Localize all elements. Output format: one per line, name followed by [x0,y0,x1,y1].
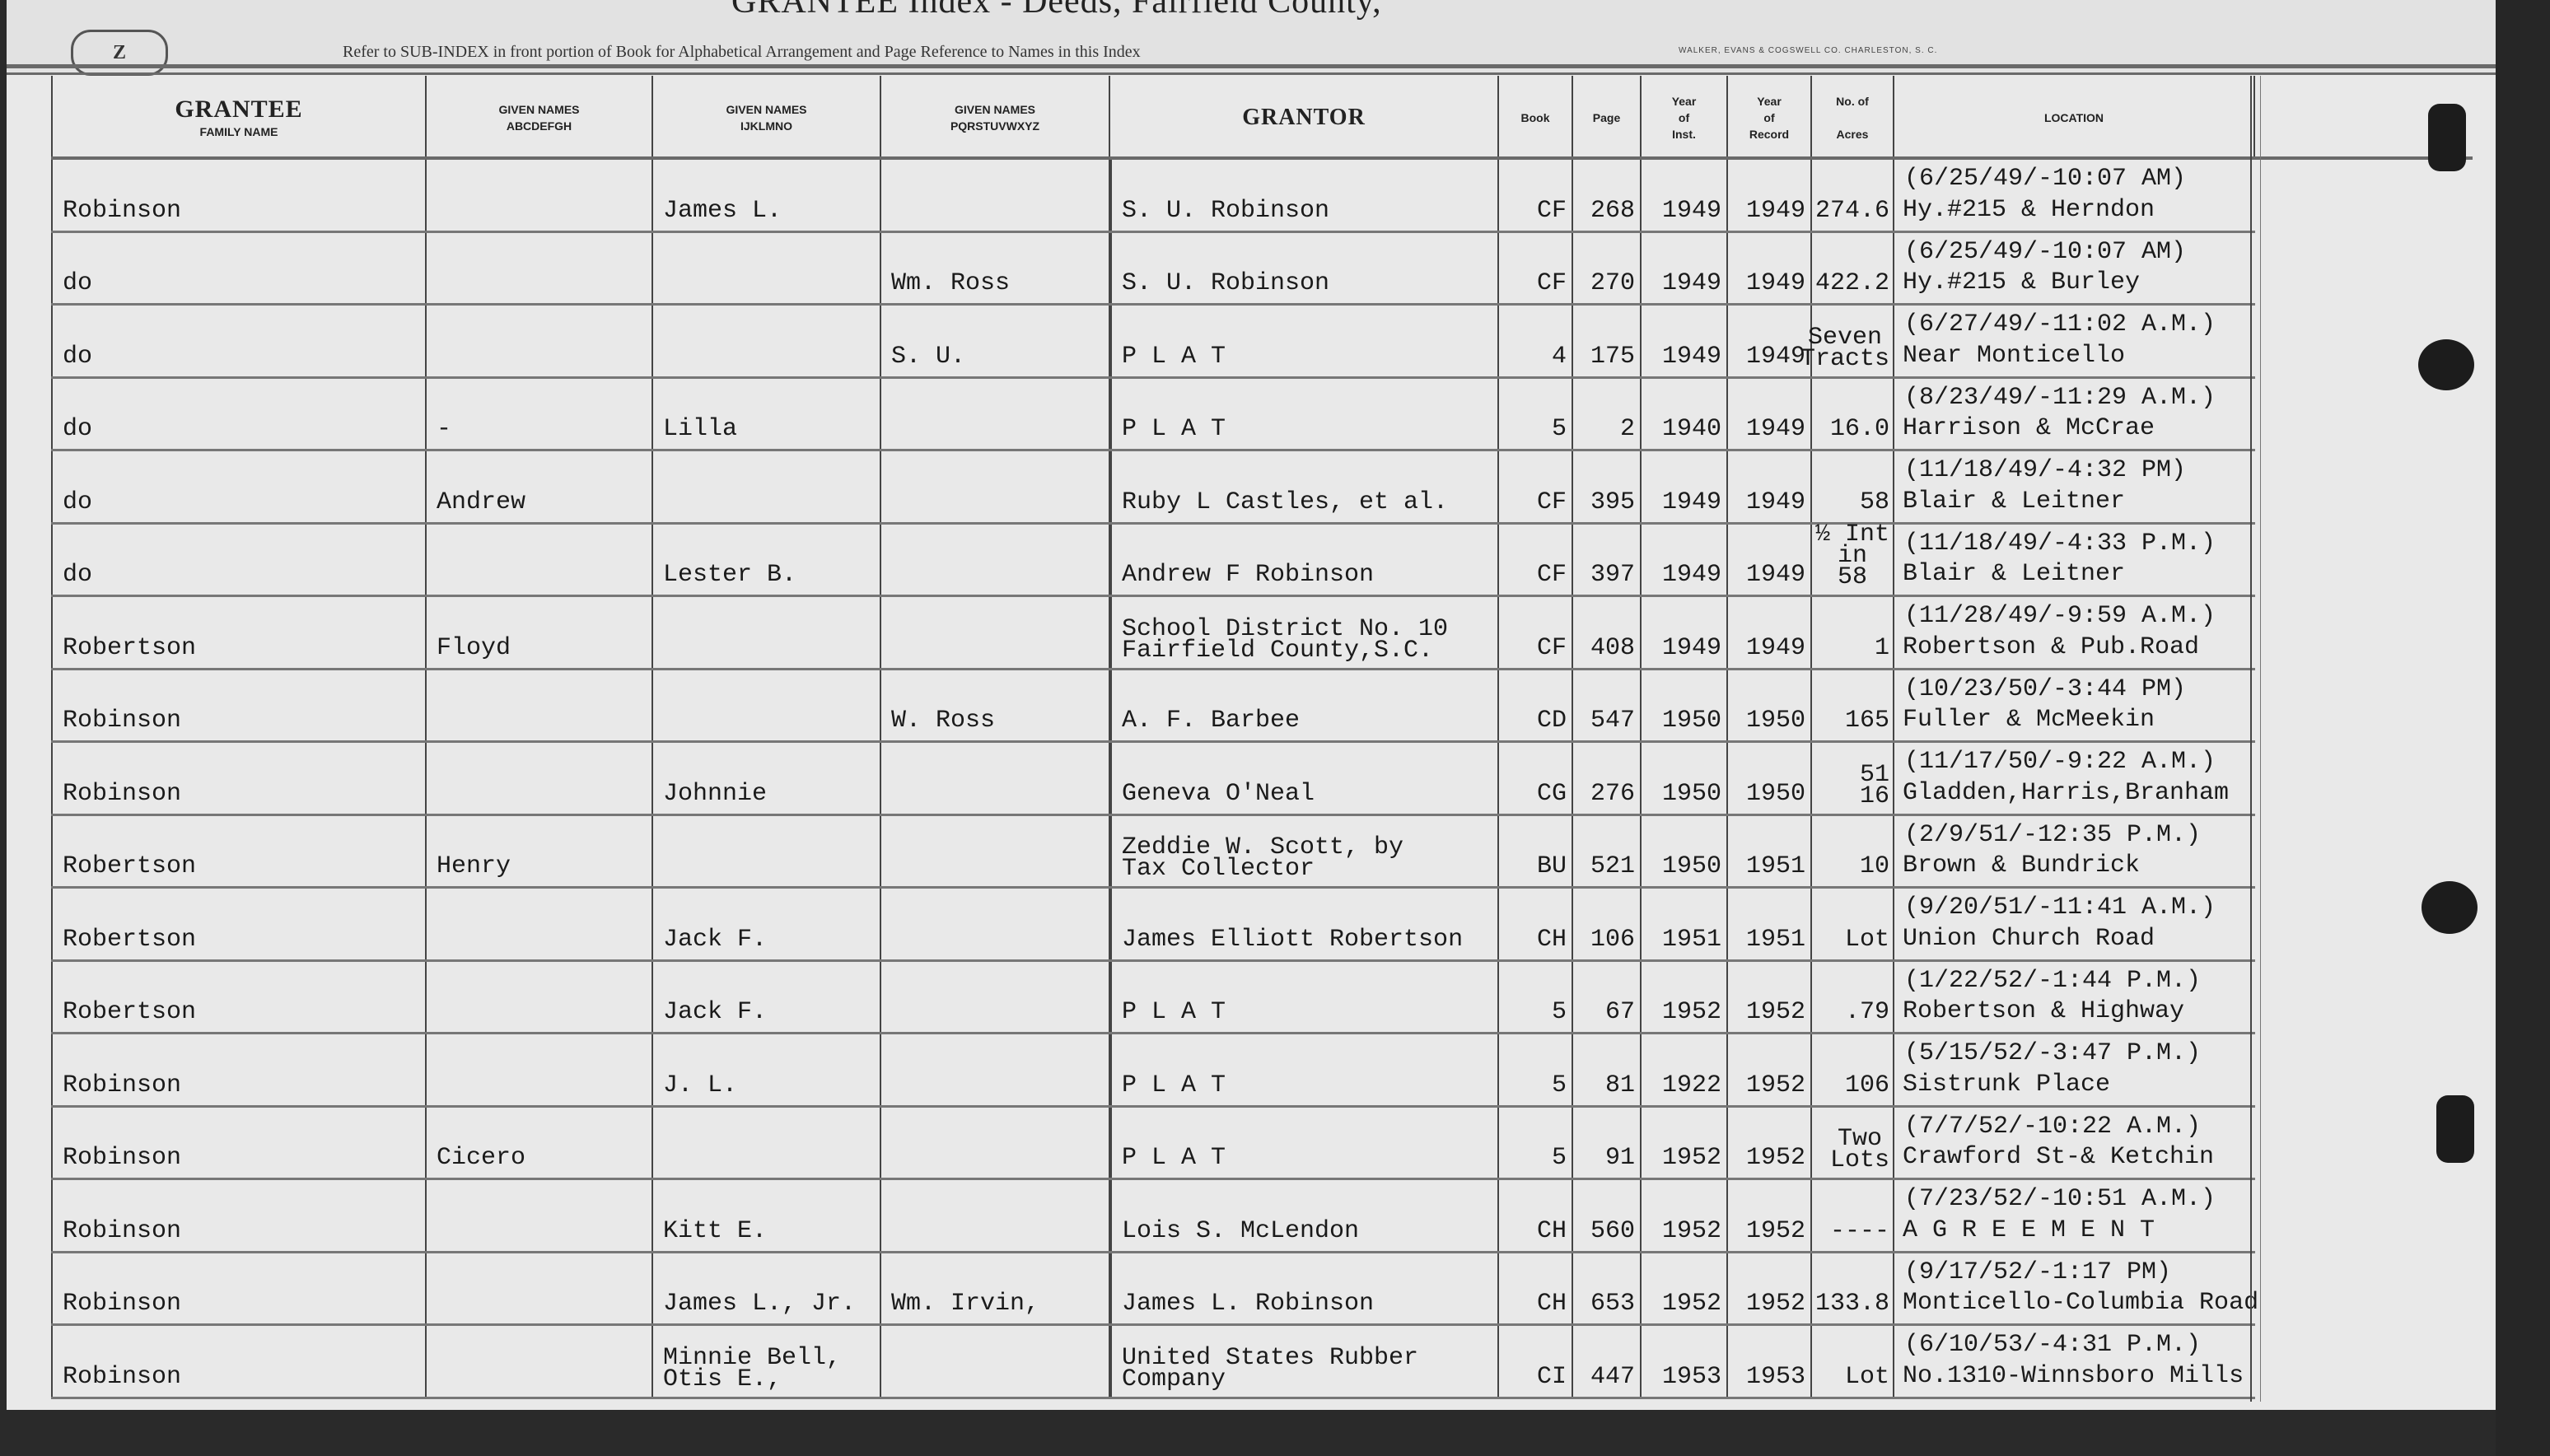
ledger-row: Robertson Jack F. P L A T 5 67 1952 1952… [51,962,2255,1035]
acres-value: Lot [1845,1364,1889,1390]
cell-given-i [653,233,881,304]
cell-page: 276 [1573,743,1642,814]
acres-value: 51 16 [1860,764,1889,807]
location-description: No.1310-Winnsboro Mills [1903,1362,2244,1390]
year-record-value: 1949 [1746,562,1805,588]
ledger-row: do Wm. Ross S. U. Robinson CF 270 1949 1… [51,233,2255,306]
cell-grantor: School District No. 10 Fairfield County,… [1110,597,1499,668]
col-header-given-p-subtitle: PQRSTUVWXYZ [950,118,1039,134]
grantor-name: James L. Robinson [1122,1290,1374,1317]
cell-book: CH [1499,889,1573,959]
book-value: CF [1537,562,1567,588]
cell-given-a: Floyd [427,597,653,668]
cell-given-i: Lilla [653,379,881,450]
cell-book: CF [1499,525,1573,595]
cell-page: 560 [1573,1180,1642,1251]
cell-acres: Seven Tracts [1812,306,1894,376]
year-inst-value: 1949 [1662,562,1721,588]
cell-given-p [881,1034,1110,1105]
cell-book: CG [1499,743,1573,814]
cell-given-a: Andrew [427,451,653,522]
cell-year-inst: 1952 [1642,962,1728,1033]
col-header-given-a-title: GIVEN NAMES [498,101,579,118]
recording-timestamp: (1/22/52/-1:44 P.M.) [1904,967,2201,995]
cell-book: 5 [1499,1108,1573,1178]
cell-year-record: 1949 [1728,379,1812,450]
cell-year-inst: 1952 [1642,1108,1728,1178]
cell-location: (11/18/49/-4:33 P.M.) Blair & Leitner [1894,525,2255,595]
grantor-name: S. U. Robinson [1122,270,1329,296]
year-inst-value: 1940 [1662,416,1721,442]
cell-given-i: James L., Jr. [653,1253,881,1324]
cell-given-i [653,816,881,887]
family-name: do [63,270,92,296]
cell-location: (11/28/49/-9:59 A.M.) Robertson & Pub.Ro… [1894,597,2255,668]
location-description: Robertson & Pub.Road [1903,633,2199,661]
page-value: 2 [1620,416,1635,442]
cell-given-i: Lester B. [653,525,881,595]
cell-given-p [881,379,1110,450]
given-name-a: Floyd [437,635,511,661]
cell-year-inst: 1950 [1642,670,1728,741]
given-name-a: Cicero [437,1145,525,1171]
acres-value: Two Lots [1830,1128,1889,1171]
cell-given-a [427,1180,653,1251]
acres-value: Lot [1845,926,1889,953]
family-name: Robinson [63,707,181,734]
location-description: Crawford St-& Ketchin [1903,1143,2214,1171]
recording-timestamp: (7/23/52/-10:51 A.M.) [1904,1185,2216,1213]
grantor-name: United States Rubber Company [1122,1347,1418,1390]
cell-location: (11/18/49/-4:32 PM) Blair & Leitner [1894,451,2255,522]
cell-location: (6/25/49/-10:07 AM) Hy.#215 & Burley [1894,233,2255,304]
ledger-row: Robinson Kitt E. Lois S. McLendon CH 560… [51,1180,2255,1253]
page-value: 270 [1590,270,1635,296]
col-header-acres-l1: No. of [1836,93,1869,110]
cell-given-p [881,451,1110,522]
book-value: CF [1537,635,1567,661]
book-value: 5 [1552,416,1567,442]
col-header-page-title: Page [1593,110,1620,126]
grantor-name: A. F. Barbee [1122,707,1300,734]
year-inst-value: 1949 [1662,635,1721,661]
cell-year-record: 1952 [1728,1034,1812,1105]
year-inst-value: 1952 [1662,1145,1721,1171]
acres-value: 165 [1845,707,1889,734]
cell-location: (2/9/51/-12:35 P.M.) Brown & Bundrick [1894,816,2255,887]
col-header-year-record-l1: Year [1757,93,1782,110]
year-record-value: 1950 [1746,781,1805,807]
cell-page: 67 [1573,962,1642,1033]
cell-year-record: 1949 [1728,597,1812,668]
grantor-name: S. U. Robinson [1122,198,1329,224]
page-value: 175 [1590,343,1635,370]
location-description: A G R E E M E N T [1903,1216,2155,1244]
year-inst-value: 1950 [1662,853,1721,880]
cell-family-name: Robinson [51,743,427,814]
cell-given-p [881,743,1110,814]
family-name: Robinson [63,1364,181,1390]
cell-book: CF [1499,451,1573,522]
cell-given-i [653,1108,881,1178]
cell-book: 5 [1499,379,1573,450]
cell-acres: Lot [1812,1326,1894,1397]
year-inst-value: 1949 [1662,343,1721,370]
cell-page: 175 [1573,306,1642,376]
location-extra-divider-secondary [2260,76,2261,1402]
col-header-grantor-title: GRANTOR [1242,105,1366,131]
cell-given-p: S. U. [881,306,1110,376]
location-description: Fuller & McMeekin [1903,706,2155,734]
cell-book: CF [1499,233,1573,304]
cell-page: 447 [1573,1326,1642,1397]
cell-year-inst: 1952 [1642,1253,1728,1324]
cell-book: 5 [1499,962,1573,1033]
col-header-grantor: GRANTOR [1110,76,1499,160]
letter-tab-badge: Z [71,30,168,76]
grantor-name: Zeddie W. Scott, by Tax Collector [1122,837,1403,880]
given-name-i: Jack F. [663,999,767,1025]
family-name: Robinson [63,1218,181,1244]
book-value: 4 [1552,343,1567,370]
grantor-name: Andrew F Robinson [1122,562,1374,588]
cell-year-record: 1951 [1728,889,1812,959]
acres-value: Seven Tracts [1800,327,1889,370]
cell-page: 81 [1573,1034,1642,1105]
cell-page: 91 [1573,1108,1642,1178]
given-name-i: Minnie Bell, Otis E., [663,1347,841,1390]
cell-grantor: Lois S. McLendon [1110,1180,1499,1251]
cell-location: (8/23/49/-11:29 A.M.) Harrison & McCrae [1894,379,2255,450]
col-header-given-a: GIVEN NAMES ABCDEFGH [427,76,653,160]
family-name: Robinson [63,781,181,807]
given-name-p: Wm. Irvin, [891,1290,1039,1317]
cell-acres: 1 [1812,597,1894,668]
ledger-row: Robertson Henry Zeddie W. Scott, by Tax … [51,816,2255,889]
year-inst-value: 1950 [1662,781,1721,807]
grantor-name: P L A T [1122,999,1226,1025]
header-rule [7,64,2496,68]
year-record-value: 1949 [1746,635,1805,661]
given-name-i: Lilla [663,416,737,442]
cell-acres: 165 [1812,670,1894,741]
acres-value: 133.8 [1815,1290,1889,1317]
cell-location: (7/23/52/-10:51 A.M.) A G R E E M E N T [1894,1180,2255,1251]
cell-page: 521 [1573,816,1642,887]
family-name: do [63,562,92,588]
location-description: Monticello-Columbia Road [1903,1289,2258,1317]
col-header-book: Book [1499,76,1573,160]
recording-timestamp: (10/23/50/-3:44 PM) [1904,675,2186,703]
cell-year-record: 1952 [1728,1180,1812,1251]
cell-book: CI [1499,1326,1573,1397]
year-record-value: 1952 [1746,1145,1805,1171]
ledger-row: Robinson W. Ross A. F. Barbee CD 547 195… [51,670,2255,744]
cell-given-i: Kitt E. [653,1180,881,1251]
cell-year-inst: 1950 [1642,743,1728,814]
col-header-year-inst: Year of Inst. [1642,76,1728,160]
col-header-book-title: Book [1521,110,1550,126]
scan-background-bottom [0,1410,2550,1456]
location-description: Robertson & Highway [1903,997,2184,1025]
cell-acres: 106 [1812,1034,1894,1105]
cell-grantor: Andrew F Robinson [1110,525,1499,595]
family-name: Robinson [63,1072,181,1099]
recording-timestamp: (6/25/49/-10:07 AM) [1904,165,2186,193]
ledger-page: GRANTEE Index - Deeds, Fairfield County,… [7,0,2496,1410]
recording-timestamp: (11/18/49/-4:32 PM) [1904,456,2186,484]
ledger-row: Robertson Jack F. James Elliott Robertso… [51,889,2255,962]
page-value: 81 [1605,1072,1635,1099]
location-description: Near Monticello [1903,342,2125,370]
col-header-year-record: Year of Record [1728,76,1812,160]
cell-given-a [427,233,653,304]
grantor-name: James Elliott Robertson [1122,926,1463,953]
ledger-row: do Lester B. Andrew F Robinson CF 397 19… [51,525,2255,598]
cell-book: CH [1499,1253,1573,1324]
given-name-i: Jack F. [663,926,767,953]
cell-given-p: W. Ross [881,670,1110,741]
recording-timestamp: (5/15/52/-3:47 P.M.) [1904,1039,2201,1067]
cell-book: CH [1499,1180,1573,1251]
ledger-row: Robinson James L. S. U. Robinson CF 268 … [51,160,2255,233]
year-inst-value: 1949 [1662,489,1721,516]
cell-year-record: 1949 [1728,525,1812,595]
cell-grantor: United States Rubber Company [1110,1326,1499,1397]
given-name-a: - [437,416,451,442]
given-name-a: Andrew [437,489,525,516]
ledger-row: do Andrew Ruby L Castles, et al. CF 395 … [51,451,2255,525]
cell-family-name: Robinson [51,1180,427,1251]
cell-year-record: 1950 [1728,670,1812,741]
location-description: Gladden,Harris,Branham [1903,779,2229,807]
page-value: 521 [1590,853,1635,880]
cell-grantor: S. U. Robinson [1110,160,1499,231]
book-value: CF [1537,489,1567,516]
page-value: 276 [1590,781,1635,807]
year-record-value: 1951 [1746,926,1805,953]
cell-grantor: James Elliott Robertson [1110,889,1499,959]
year-record-value: 1949 [1746,198,1805,224]
cell-given-p [881,160,1110,231]
recording-timestamp: (9/17/52/-1:17 PM) [1904,1258,2171,1286]
given-name-p: S. U. [891,343,965,370]
col-header-year-record-l2: of [1763,110,1774,126]
page-value: 106 [1590,926,1635,953]
col-header-grantee-subtitle: FAMILY NAME [200,124,278,140]
ledger-row: do - Lilla P L A T 5 2 1940 1949 16.0 (8… [51,379,2255,452]
cell-given-p [881,816,1110,887]
book-value: CH [1537,926,1567,953]
acres-value: 1 [1875,635,1889,661]
page-value: 447 [1590,1364,1635,1390]
cell-family-name: do [51,306,427,376]
col-header-given-p-title: GIVEN NAMES [955,101,1035,118]
printer-mark: WALKER, EVANS & COGSWELL CO. CHARLESTON,… [1679,46,1937,55]
cell-location: (5/15/52/-3:47 P.M.) Sistrunk Place [1894,1034,2255,1105]
recording-timestamp: (11/18/49/-4:33 P.M.) [1904,530,2216,558]
cell-family-name: do [51,233,427,304]
year-record-value: 1953 [1746,1364,1805,1390]
book-value: 5 [1552,1145,1567,1171]
page-value: 268 [1590,198,1635,224]
grantor-name: School District No. 10 Fairfield County,… [1122,618,1448,661]
cell-year-record: 1953 [1728,1326,1812,1397]
cell-given-i: James L. [653,160,881,231]
family-name: Robertson [63,926,196,953]
cell-acres: ½ Int in 58 [1812,525,1894,595]
book-value: CG [1537,781,1567,807]
page-value: 395 [1590,489,1635,516]
col-header-acres-l3: Acres [1837,126,1869,142]
cell-year-inst: 1953 [1642,1326,1728,1397]
cell-family-name: Robinson [51,160,427,231]
ledger-row: Robinson James L., Jr. Wm. Irvin, James … [51,1253,2255,1327]
cell-year-inst: 1940 [1642,379,1728,450]
grantor-name: Geneva O'Neal [1122,781,1315,807]
family-name: do [63,489,92,516]
reference-note: Refer to SUB-INDEX in front portion of B… [343,43,1141,62]
binder-hole-2 [2418,339,2474,390]
cell-grantor: Ruby L Castles, et al. [1110,451,1499,522]
cell-given-p [881,1326,1110,1397]
cell-page: 653 [1573,1253,1642,1324]
recording-timestamp: (7/7/52/-10:22 A.M.) [1904,1113,2201,1141]
recording-timestamp: (6/10/53/-4:31 P.M.) [1904,1331,2201,1359]
ledger-row: Robinson Minnie Bell, Otis E., United St… [51,1326,2255,1399]
year-record-value: 1949 [1746,489,1805,516]
cell-year-record: 1952 [1728,1108,1812,1178]
cell-book: 5 [1499,1034,1573,1105]
given-name-p: W. Ross [891,707,995,734]
cell-grantor: Geneva O'Neal [1110,743,1499,814]
cell-location: (10/23/50/-3:44 PM) Fuller & McMeekin [1894,670,2255,741]
location-description: Sistrunk Place [1903,1071,2110,1099]
cell-year-inst: 1949 [1642,306,1728,376]
family-name: Robinson [63,1290,181,1317]
cell-given-i [653,597,881,668]
cell-given-a [427,160,653,231]
acres-value: 16.0 [1830,416,1889,442]
cell-page: 268 [1573,160,1642,231]
location-description: Harrison & McCrae [1903,414,2155,442]
year-inst-value: 1952 [1662,1290,1721,1317]
location-description: Union Church Road [1903,925,2155,953]
cell-acres: 58 [1812,451,1894,522]
cell-year-record: 1950 [1728,743,1812,814]
cell-location: (1/22/52/-1:44 P.M.) Robertson & Highway [1894,962,2255,1033]
ledger-row: do S. U. P L A T 4 175 1949 1949 Seven T… [51,306,2255,379]
book-value: CD [1537,707,1567,734]
col-header-page: Page [1573,76,1642,160]
recording-timestamp: (8/23/49/-11:29 A.M.) [1904,384,2216,412]
cell-given-p [881,889,1110,959]
page-value: 408 [1590,635,1635,661]
cell-location: (9/20/51/-11:41 A.M.) Union Church Road [1894,889,2255,959]
recording-timestamp: (11/28/49/-9:59 A.M.) [1904,602,2216,630]
cell-family-name: Robinson [51,1326,427,1397]
col-header-given-a-subtitle: ABCDEFGH [507,118,572,134]
cell-family-name: do [51,451,427,522]
recording-timestamp: (6/27/49/-11:02 A.M.) [1904,310,2216,338]
recording-timestamp: (2/9/51/-12:35 P.M.) [1904,821,2201,849]
year-record-value: 1949 [1746,416,1805,442]
cell-family-name: Robertson [51,889,427,959]
acres-value: 58 [1860,489,1889,516]
cell-grantor: P L A T [1110,962,1499,1033]
cell-grantor: P L A T [1110,379,1499,450]
cell-family-name: Robinson [51,1108,427,1178]
cell-acres: 133.8 [1812,1253,1894,1324]
page-value: 547 [1590,707,1635,734]
header-rule-secondary [7,72,2496,75]
binder-hole-4 [2436,1095,2474,1163]
cell-family-name: Robertson [51,816,427,887]
year-inst-value: 1949 [1662,270,1721,296]
cell-grantor: P L A T [1110,1034,1499,1105]
given-name-i: James L. [663,198,782,224]
cell-given-i: Minnie Bell, Otis E., [653,1326,881,1397]
ledger-row: Robertson Floyd School District No. 10 F… [51,597,2255,670]
cell-given-p [881,597,1110,668]
cell-given-a [427,962,653,1033]
col-header-grantee: GRANTEE FAMILY NAME [51,76,427,160]
given-name-i: James L., Jr. [663,1290,856,1317]
col-header-given-i: GIVEN NAMES IJKLMNO [653,76,881,160]
book-value: CI [1537,1364,1567,1390]
given-name-p: Wm. Ross [891,270,1010,296]
cell-page: 270 [1573,233,1642,304]
col-header-year-inst-l3: Inst. [1672,126,1696,142]
cell-given-p: Wm. Ross [881,233,1110,304]
cell-acres: .79 [1812,962,1894,1033]
recording-timestamp: (11/17/50/-9:22 A.M.) [1904,748,2216,776]
recording-timestamp: (6/25/49/-10:07 AM) [1904,238,2186,266]
cell-book: CF [1499,160,1573,231]
cell-year-inst: 1950 [1642,816,1728,887]
year-record-value: 1949 [1746,343,1805,370]
cell-given-a [427,1326,653,1397]
cell-grantor: Zeddie W. Scott, by Tax Collector [1110,816,1499,887]
cell-year-record: 1952 [1728,1253,1812,1324]
year-record-value: 1952 [1746,1290,1805,1317]
given-name-a: Henry [437,853,511,880]
page-value: 91 [1605,1145,1635,1171]
cell-year-inst: 1952 [1642,1180,1728,1251]
cell-given-p [881,962,1110,1033]
cell-page: 395 [1573,451,1642,522]
grantor-name: P L A T [1122,343,1226,370]
location-description: Blair & Leitner [1903,488,2125,516]
year-record-value: 1952 [1746,1072,1805,1099]
cell-given-p: Wm. Irvin, [881,1253,1110,1324]
cell-year-inst: 1951 [1642,889,1728,959]
grantor-name: Lois S. McLendon [1122,1218,1359,1244]
cell-acres: 274.6 [1812,160,1894,231]
year-inst-value: 1950 [1662,707,1721,734]
cell-acres: 422.2 [1812,233,1894,304]
page-value: 397 [1590,562,1635,588]
cell-family-name: Robinson [51,1253,427,1324]
cell-year-inst: 1922 [1642,1034,1728,1105]
cell-family-name: Robertson [51,962,427,1033]
year-record-value: 1950 [1746,707,1805,734]
col-header-grantee-title: GRANTEE [175,96,302,124]
location-description: Blair & Leitner [1903,560,2125,588]
col-header-given-i-title: GIVEN NAMES [726,101,806,118]
book-value: 5 [1552,1072,1567,1099]
cell-given-a: Cicero [427,1108,653,1178]
